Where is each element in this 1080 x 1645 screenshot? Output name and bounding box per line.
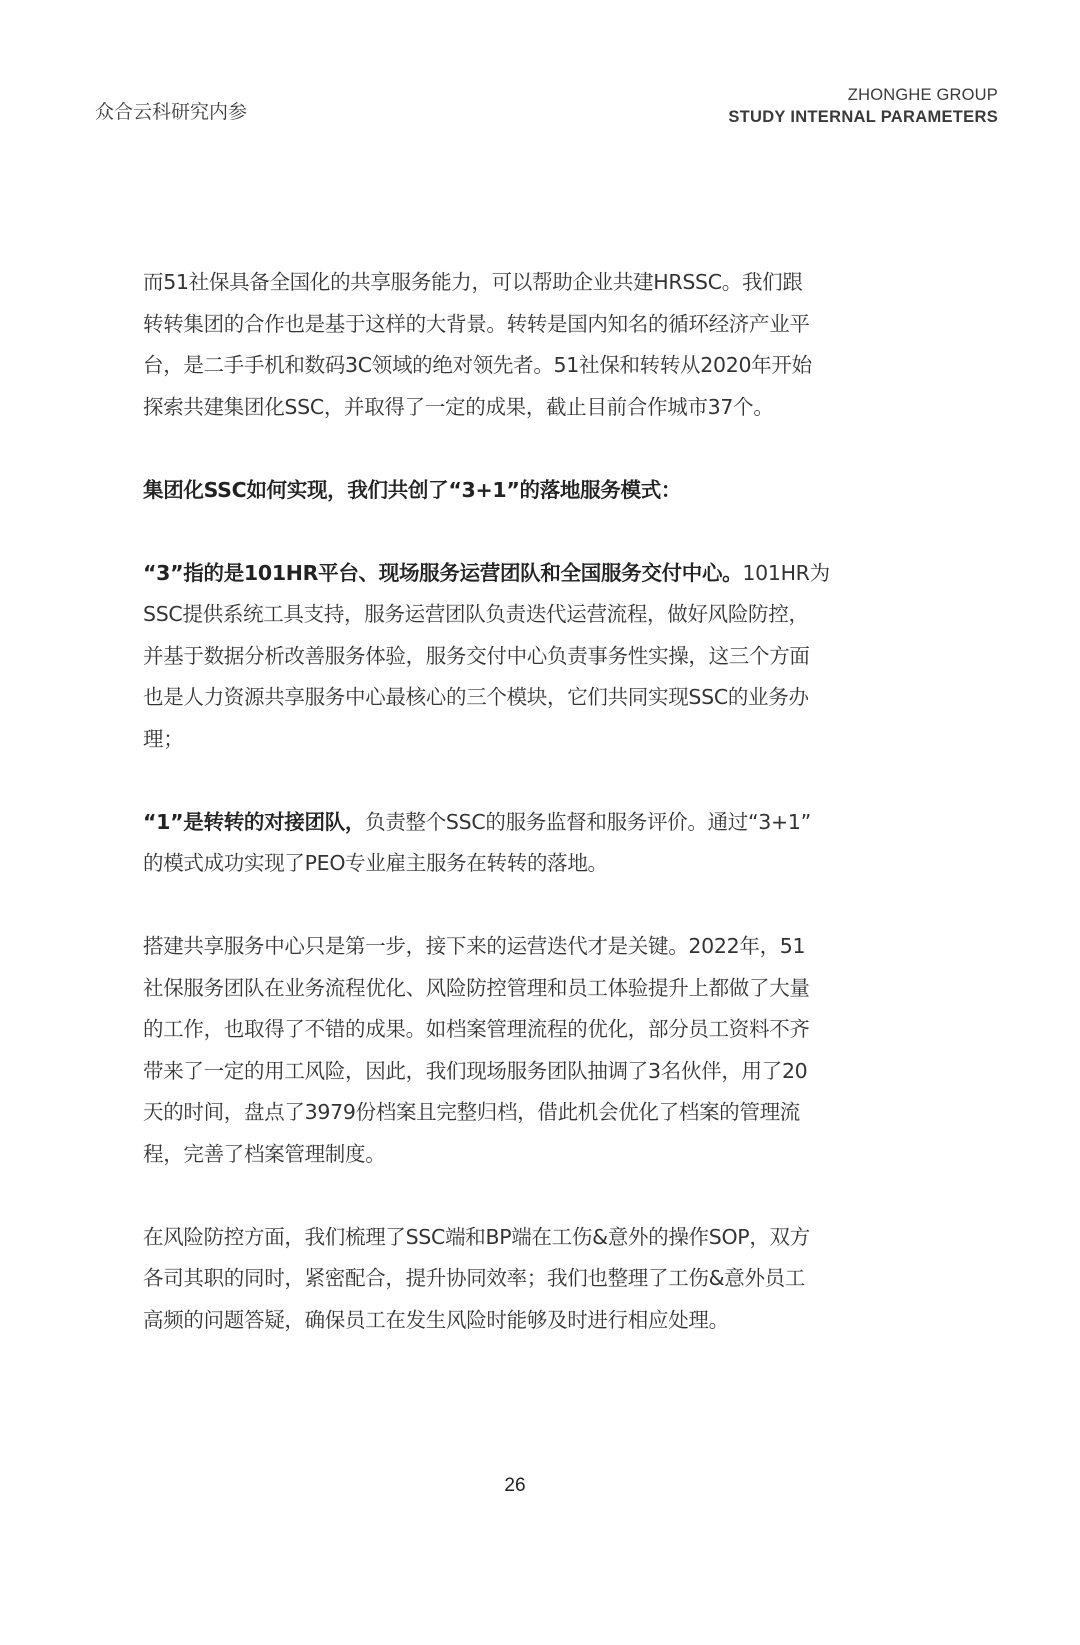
text-line: 社保服务团队在业务流程优化、风险防控管理和员工体验提升上都做了大量 bbox=[143, 968, 903, 1010]
text-line: 探索共建集团化SSC，并取得了一定的成果，截止目前合作城市37个。 bbox=[143, 387, 903, 429]
paragraph-operations: 搭建共享服务中心只是第一步，接下来的运营迭代才是关键。2022年，51 社保服务… bbox=[143, 926, 903, 1175]
page-number: 26 bbox=[0, 1475, 1030, 1497]
bold-lead: “1”是转转的对接团队， bbox=[143, 810, 365, 834]
paragraph-gap bbox=[143, 760, 903, 802]
paragraph-gap bbox=[143, 885, 903, 927]
paragraph-gap bbox=[143, 428, 903, 470]
page-header-left-title: 众合云科研究内参 bbox=[95, 97, 247, 124]
page-header-right: ZHONGHE GROUP STUDY INTERNAL PARAMETERS bbox=[728, 84, 998, 128]
text-line: 也是人力资源共享服务中心最核心的三个模块，它们共同实现SSC的业务办 bbox=[143, 677, 903, 719]
text-fragment: 负责整个SSC的服务监督和服务评价。通过“3+1” bbox=[365, 810, 811, 834]
text-line: 转转集团的合作也是基于这样的大背景。转转是国内知名的循环经济产业平 bbox=[143, 304, 903, 346]
text-line: 理； bbox=[143, 719, 903, 761]
paragraph-three-components: “3”指的是101HR平台、现场服务运营团队和全国服务交付中心。101HR为 S… bbox=[143, 553, 903, 761]
text-line: “3”指的是101HR平台、现场服务运营团队和全国服务交付中心。101HR为 bbox=[143, 553, 903, 595]
text-line: 的工作，也取得了不错的成果。如档案管理流程的优化，部分员工资料不齐 bbox=[143, 1009, 903, 1051]
header-group-name: ZHONGHE GROUP bbox=[728, 84, 998, 106]
text-line: 各司其职的同时，紧密配合，提升协同效率；我们也整理了工伤&意外员工 bbox=[143, 1258, 903, 1300]
text-line: 而51社保具备全国化的共享服务能力，可以帮助企业共建HRSSC。我们跟 bbox=[143, 262, 903, 304]
paragraph-one-component: “1”是转转的对接团队，负责整个SSC的服务监督和服务评价。通过“3+1” 的模… bbox=[143, 802, 903, 885]
section-heading: 集团化SSC如何实现，我们共创了“3+1”的落地服务模式： bbox=[143, 470, 903, 512]
paragraph-gap bbox=[143, 511, 903, 553]
header-subtitle: STUDY INTERNAL PARAMETERS bbox=[728, 106, 998, 128]
text-line: 台，是二手手机和数码3C领域的绝对领先者。51社保和转转从2020年开始 bbox=[143, 345, 903, 387]
paragraph-gap bbox=[143, 1175, 903, 1217]
text-line: 搭建共享服务中心只是第一步，接下来的运营迭代才是关键。2022年，51 bbox=[143, 926, 903, 968]
text-line: SSC提供系统工具支持，服务运营团队负责迭代运营流程，做好风险防控， bbox=[143, 594, 903, 636]
text-line: 程，完善了档案管理制度。 bbox=[143, 1134, 903, 1176]
text-line: 天的时间，盘点了3979份档案且完整归档，借此机会优化了档案的管理流 bbox=[143, 1092, 903, 1134]
text-line: 的模式成功实现了PEO专业雇主服务在转转的落地。 bbox=[143, 843, 903, 885]
paragraph-intro: 而51社保具备全国化的共享服务能力，可以帮助企业共建HRSSC。我们跟 转转集团… bbox=[143, 262, 903, 428]
text-line: 带来了一定的用工风险，因此，我们现场服务团队抽调了3名伙伴，用了20 bbox=[143, 1051, 903, 1093]
paragraph-risk-control: 在风险防控方面，我们梳理了SSC端和BP端在工伤&意外的操作SOP，双方 各司其… bbox=[143, 1217, 903, 1342]
text-line: 在风险防控方面，我们梳理了SSC端和BP端在工伤&意外的操作SOP，双方 bbox=[143, 1217, 903, 1259]
bold-lead: “3”指的是101HR平台、现场服务运营团队和全国服务交付中心。 bbox=[143, 561, 742, 585]
text-line: 高频的问题答疑，确保员工在发生风险时能够及时进行相应处理。 bbox=[143, 1300, 903, 1342]
text-line: 并基于数据分析改善服务体验，服务交付中心负责事务性实操，这三个方面 bbox=[143, 636, 903, 678]
text-line: “1”是转转的对接团队，负责整个SSC的服务监督和服务评价。通过“3+1” bbox=[143, 802, 903, 844]
text-fragment: 101HR为 bbox=[742, 561, 830, 585]
article-content: 而51社保具备全国化的共享服务能力，可以帮助企业共建HRSSC。我们跟 转转集团… bbox=[143, 262, 903, 1341]
